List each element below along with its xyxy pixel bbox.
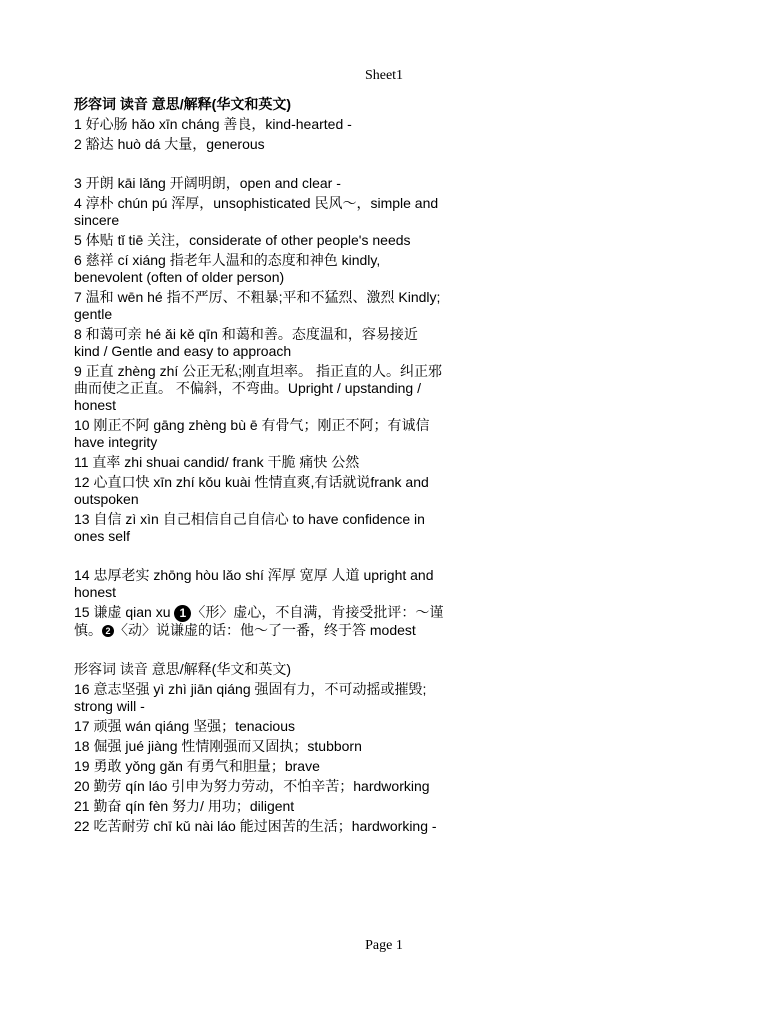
- sheet-title: Sheet1: [0, 68, 768, 84]
- blank-row: [74, 642, 444, 661]
- column-header: 形容词 读音 意思/解释(华文和英文): [74, 96, 444, 113]
- document-body: 形容词 读音 意思/解释(华文和英文) 1 好心肠 hǎo xīn cháng …: [74, 96, 444, 838]
- entry-4: 4 淳朴 chún pú 浑厚，unsophisticated 民风～，simp…: [74, 195, 444, 229]
- entry-19: 19 勇敢 yǒng gǎn 有勇气和胆量；brave: [74, 758, 444, 775]
- entry-13: 13 自信 zì xìn 自己相信自己自信心 to have confidenc…: [74, 511, 444, 545]
- blank-row: [74, 548, 444, 567]
- sheet-title-text: Sheet1: [365, 68, 403, 84]
- entry-7: 7 温和 wēn hé 指不严厉、不粗暴;平和不猛烈、激烈 Kindly; ge…: [74, 289, 444, 323]
- entry-2: 2 豁达 huò dá 大量，generous: [74, 136, 444, 153]
- entry-15-sense-2: 〈动〉说谦虚的话：他～了一番，终于答 modest: [114, 622, 416, 638]
- entry-11: 11 直率 zhi shuai candid/ frank 干脆 痛快 公然: [74, 454, 444, 471]
- column-header-repeat: 形容词 读音 意思/解释(华文和英文): [74, 661, 444, 678]
- blank-row: [74, 156, 444, 175]
- entry-18: 18 倔强 jué jiàng 性情刚强而又固执；stubborn: [74, 738, 444, 755]
- entry-14: 14 忠厚老实 zhōng hòu lǎo shí 浑厚 宽厚 人道 uprig…: [74, 567, 444, 601]
- entry-1: 1 好心肠 hǎo xīn cháng 善良，kind-hearted -: [74, 116, 444, 133]
- entry-17: 17 顽强 wán qiáng 坚强；tenacious: [74, 718, 444, 735]
- entry-15-head: 15 谦虚 qian xu: [74, 604, 174, 620]
- entry-21: 21 勤奋 qín fèn 努力/ 用功；diligent: [74, 798, 444, 815]
- entry-12: 12 心直口快 xīn zhí kǒu kuài 性情直爽,有话就说frank …: [74, 474, 444, 508]
- entry-6: 6 慈祥 cí xiáng 指老年人温和的态度和神色 kindly, benev…: [74, 252, 444, 286]
- circled-number-1-icon: 1: [174, 605, 191, 622]
- entry-22: 22 吃苦耐劳 chī kǔ nài láo 能过困苦的生活；hardworki…: [74, 818, 444, 835]
- entry-16: 16 意志坚强 yì zhì jiān qiáng 强固有力，不可动摇或摧毁; …: [74, 681, 444, 715]
- entry-5: 5 体贴 tǐ tiē 关注，considerate of other peop…: [74, 232, 444, 249]
- page-number: Page 1: [0, 938, 768, 954]
- entry-15: 15 谦虚 qian xu 1〈形〉虚心，不自满，肯接受批评：～谨 慎。2〈动〉…: [74, 604, 444, 639]
- entry-3: 3 开朗 kāi lǎng 开阔明朗，open and clear -: [74, 175, 444, 192]
- entry-9: 9 正直 zhèng zhí 公正无私;刚直坦率。 指正直的人。纠正邪 曲而使之…: [74, 363, 444, 414]
- entry-10: 10 刚正不阿 gāng zhèng bù ē 有骨气；刚正不阿；有诚信 hav…: [74, 417, 444, 451]
- circled-number-2-icon: 2: [102, 625, 114, 637]
- entry-8: 8 和蔼可亲 hé ǎi kě qīn 和蔼和善。态度温和，容易接近 kind …: [74, 326, 444, 360]
- entry-20: 20 勤劳 qín láo 引申为努力劳动，不怕辛苦；hardworking: [74, 778, 444, 795]
